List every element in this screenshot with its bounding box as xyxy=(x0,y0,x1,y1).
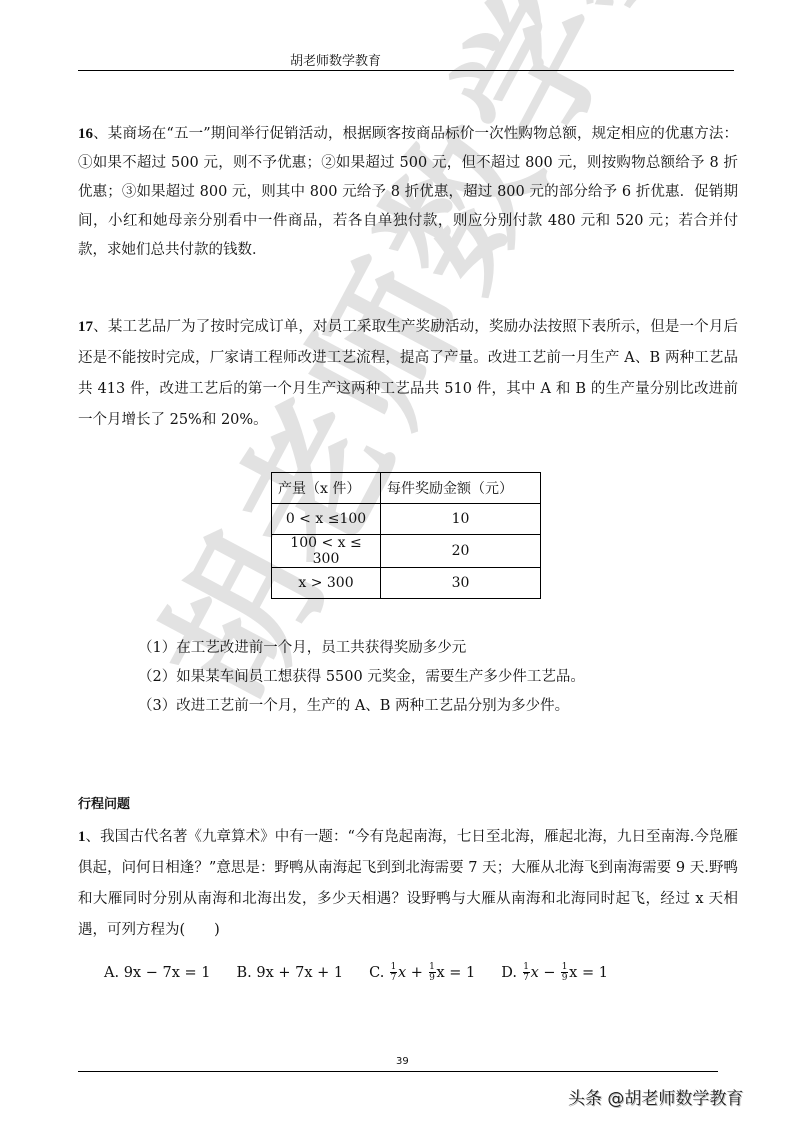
table-row: 0 < x ≤100 10 xyxy=(272,504,541,535)
subquestion-list: （1）在工艺改进前一个月，员工共获得奖励多少元 （2）如果某车间员工想获得 55… xyxy=(138,634,738,721)
question-16: 16、某商场在“五一”期间举行促销活动，根据顾客按商品标价一次性购物总额，规定相… xyxy=(78,120,738,265)
denominator: 7 xyxy=(391,973,397,983)
denominator: 7 xyxy=(523,973,529,983)
fraction: 19 xyxy=(429,962,436,983)
subquestion-3: （3）改进工艺前一个月，生产的 A、B 两种工艺品分别为多少件。 xyxy=(138,692,738,721)
table-header-cell: 产量（x 件） xyxy=(272,473,381,504)
subquestion-1: （1）在工艺改进前一个月，员工共获得奖励多少元 xyxy=(138,634,738,663)
numerator: 1 xyxy=(391,962,397,972)
header-title: 胡老师数学教育 xyxy=(290,50,381,69)
fraction: 17 xyxy=(523,962,530,983)
section-title: 行程问题 xyxy=(78,793,130,812)
question-number: 17 xyxy=(78,319,93,335)
denominator: 9 xyxy=(562,973,568,983)
table-cell: 100 < x ≤ 300 xyxy=(272,535,381,568)
table-cell: 30 xyxy=(381,568,541,599)
question-text: 、我国古代名著《九章算术》中有一题：“今有凫起南海，七日至北海，雁起北海，九日至… xyxy=(78,829,738,938)
table-cell: 20 xyxy=(381,535,541,568)
footer-divider xyxy=(78,1071,718,1072)
option-c: C. 17x + 19x = 1 xyxy=(369,962,475,983)
option-label: A. xyxy=(104,965,119,981)
table-header-row: 产量（x 件） 每件奖励金额（元） xyxy=(272,473,541,504)
option-expr-tail: x = 1 xyxy=(437,965,476,981)
table-cell: 10 xyxy=(381,504,541,535)
table-row: 100 < x ≤ 300 20 xyxy=(272,535,541,568)
question-text: 、某商场在“五一”期间举行促销活动，根据顾客按商品标价一次性购物总额，规定相应的… xyxy=(78,126,738,258)
option-label: C. xyxy=(369,965,384,981)
question-number: 1 xyxy=(78,829,86,845)
table-header-cell: 每件奖励金额（元） xyxy=(381,473,541,504)
table-cell: 0 < x ≤100 xyxy=(272,504,381,535)
operator: + xyxy=(411,965,423,981)
page-number: 39 xyxy=(396,1056,409,1067)
operator: − xyxy=(543,965,555,981)
question-17: 17、某工艺品厂为了按时完成订单，对员工采取生产奖励活动，奖励办法按照下表所示，… xyxy=(78,312,738,436)
option-b: B. 9x + 7x + 1 xyxy=(236,965,343,981)
denominator: 9 xyxy=(429,973,435,983)
numerator: 1 xyxy=(523,962,529,972)
fraction: 17 xyxy=(390,962,397,983)
page-header: 胡老师数学教育 xyxy=(78,48,734,71)
brand-watermark: 头条 @胡老师数学教育 xyxy=(568,1084,743,1109)
fraction: 19 xyxy=(561,962,568,983)
table-row: x > 300 30 xyxy=(272,568,541,599)
option-label: B. xyxy=(236,965,251,981)
numerator: 1 xyxy=(562,962,568,972)
reward-table: 产量（x 件） 每件奖励金额（元） 0 < x ≤100 10 100 < x … xyxy=(271,472,541,599)
question-text: 、某工艺品厂为了按时完成订单，对员工采取生产奖励活动，奖励办法按照下表所示，但是… xyxy=(78,319,738,428)
numerator: 1 xyxy=(429,962,435,972)
table-cell: x > 300 xyxy=(272,568,381,599)
question-1: 1、我国古代名著《九章算术》中有一题：“今有凫起南海，七日至北海，雁起北海，九日… xyxy=(78,822,738,946)
option-d: D. 17x − 19x = 1 xyxy=(501,962,608,983)
option-label: D. xyxy=(501,965,517,981)
option-expr: 9x − 7x = 1 xyxy=(124,965,211,981)
option-expr: 9x + 7x + 1 xyxy=(256,965,343,981)
subquestion-2: （2）如果某车间员工想获得 5500 元奖金，需要生产多少件工艺品。 xyxy=(138,663,738,692)
option-expr-tail: x = 1 xyxy=(569,965,608,981)
option-a: A. 9x − 7x = 1 xyxy=(104,965,210,981)
question-number: 16 xyxy=(78,126,93,142)
answer-options: A. 9x − 7x = 1 B. 9x + 7x + 1 C. 17x + 1… xyxy=(104,962,724,983)
